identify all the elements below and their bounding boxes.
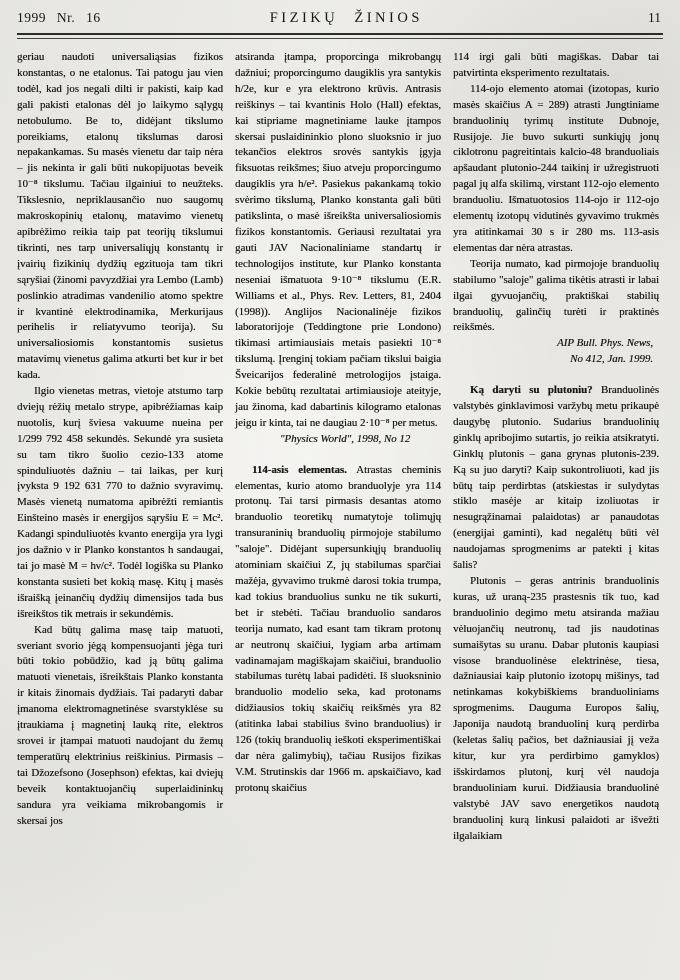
source-attribution: "Physics World", 1998, No 12 — [235, 432, 441, 448]
paragraph: Ilgio vienetas metras, vietoje atstumo t… — [17, 384, 223, 623]
header-divider — [17, 33, 663, 39]
column-2: atsiranda įtampa, proporcinga mikrobangų… — [235, 50, 441, 844]
article-title: Ką daryti su plutoniu? — [470, 384, 593, 396]
paragraph: 114-ojo elemento atomai (izotopas, kurio… — [453, 82, 659, 257]
journal-page: 1999 Nr. 16 FIZIKŲ ŽINIOS 11 geriau naud… — [0, 0, 680, 980]
paragraph: Teorija numato, kad pirmojoje branduolių… — [453, 257, 659, 337]
journal-title: FIZIKŲ ŽINIOS — [270, 10, 423, 27]
article-title: 114-asis elementas. — [252, 464, 347, 476]
column-1: geriau naudoti universaliąsias fizikos k… — [17, 50, 223, 844]
article-text: Branduolinės valstybės ginklavimosi varž… — [453, 384, 659, 571]
text-columns: geriau naudoti universaliąsias fizikos k… — [17, 50, 663, 844]
paragraph: Plutonis – geras antrinis branduolinis k… — [453, 574, 659, 844]
paragraph: atsiranda įtampa, proporcinga mikrobangų… — [235, 50, 441, 432]
article-paragraph: Ką daryti su plutoniu? Branduolinės vals… — [453, 383, 659, 574]
paragraph: 114 irgi gali būti magiškas. Dabar tai p… — [453, 50, 659, 82]
article-paragraph: 114-asis elementas. Atrastas cheminis el… — [235, 463, 441, 797]
paragraph: Kad būtų galima masę taip matuoti, sveri… — [17, 623, 223, 830]
article-text: Atrastas cheminis elementas, kurio atomo… — [235, 464, 441, 794]
source-attribution: No 412, Jan. 1999. — [453, 352, 659, 368]
column-3: 114 irgi gali būti magiškas. Dabar tai p… — [453, 50, 659, 844]
paragraph: geriau naudoti universaliąsias fizikos k… — [17, 50, 223, 384]
page-header: 1999 Nr. 16 FIZIKŲ ŽINIOS 11 — [17, 7, 663, 32]
page-number: 11 — [648, 10, 661, 26]
issue-label: 1999 Nr. 16 — [17, 10, 101, 26]
source-attribution: AIP Bull. Phys. News, — [453, 336, 659, 352]
